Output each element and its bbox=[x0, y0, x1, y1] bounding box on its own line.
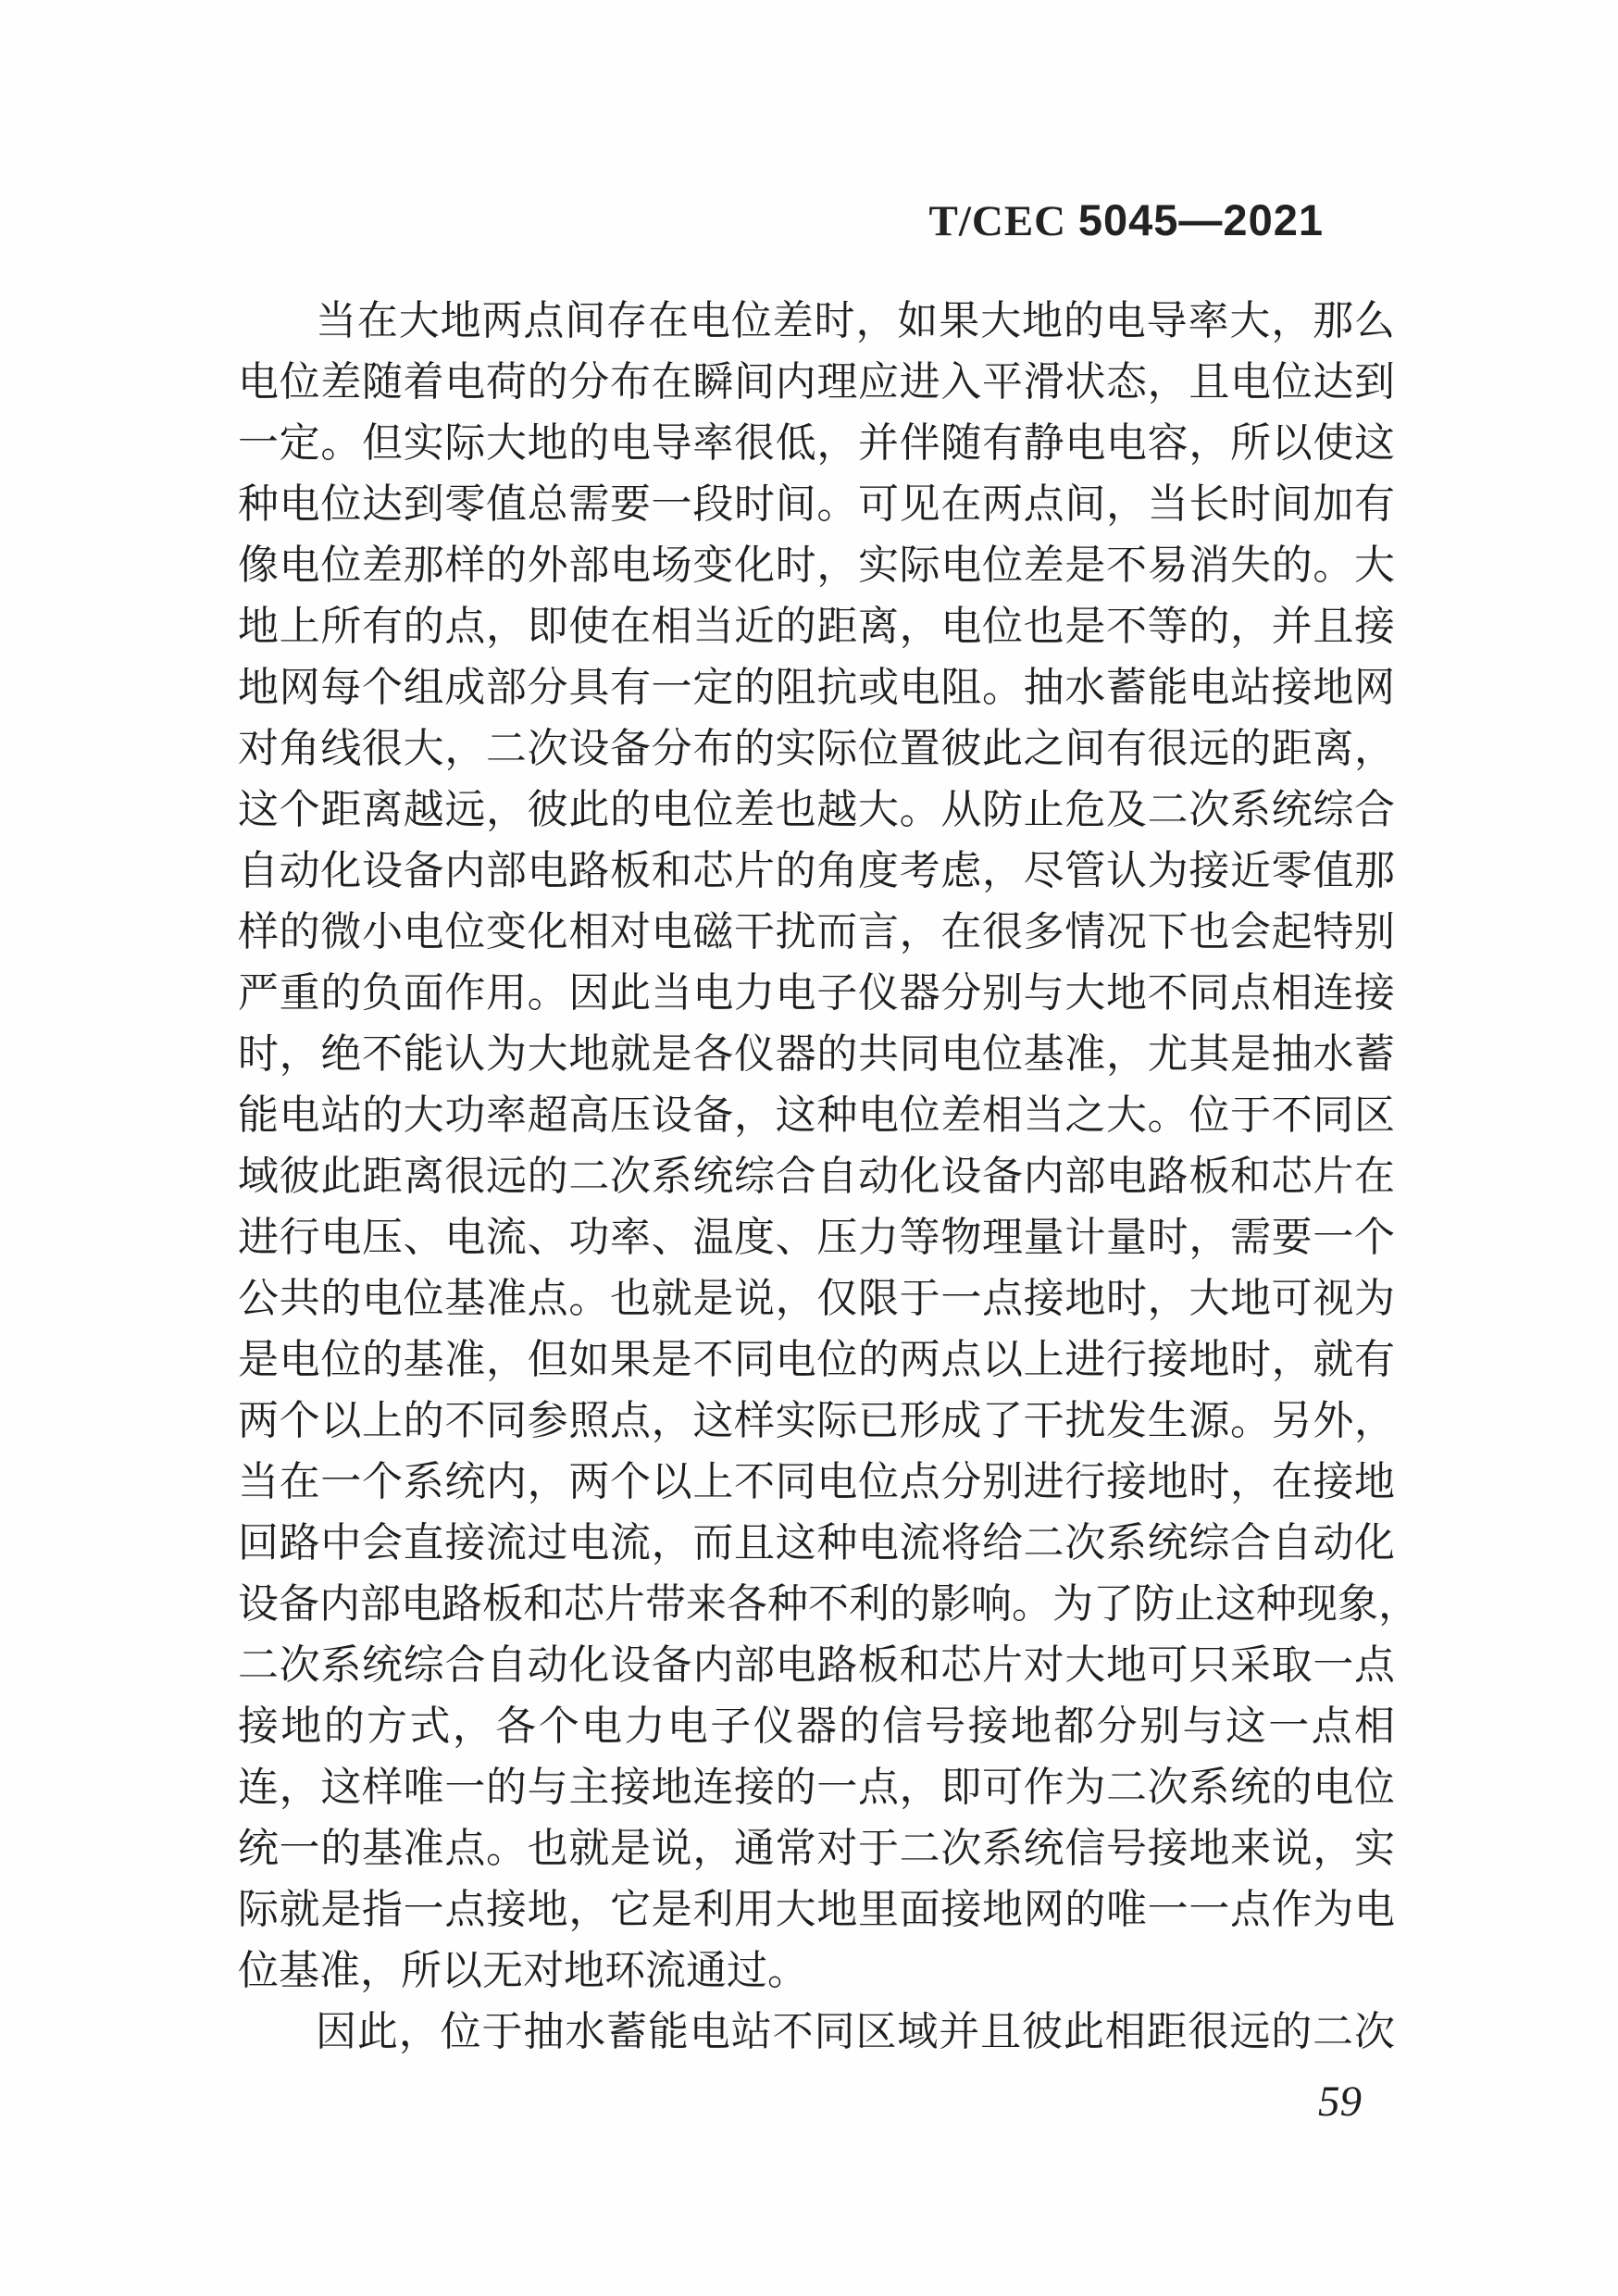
text-line: 统一的基准点。也就是说，通常对于二次系统信号接地来说，实 bbox=[238, 1818, 1395, 1879]
text-line: 严重的负面作用。因此当电力电子仪器分别与大地不同点相连接 bbox=[238, 963, 1395, 1024]
text-line: 像电位差那样的外部电场变化时，实际电位差是不易消失的。大 bbox=[238, 535, 1395, 596]
text-line: 两个以上的不同参照点，这样实际已形成了干扰发生源。另外， bbox=[238, 1391, 1395, 1452]
text-line: 是电位的基准，但如果是不同电位的两点以上进行接地时，就有 bbox=[238, 1329, 1395, 1391]
text-line: 时，绝不能认为大地就是各仪器的共同电位基准，尤其是抽水蓄 bbox=[238, 1024, 1395, 1085]
body-text: 当在大地两点间存在电位差时，如果大地的电导率大，那么电位差随着电荷的分布在瞬间内… bbox=[238, 291, 1395, 2063]
text-line: 际就是指一点接地，它是利用大地里面接地网的唯一一点作为电 bbox=[238, 1879, 1395, 1940]
text-line: 对角线很大，二次设备分布的实际位置彼此之间有很远的距离， bbox=[238, 718, 1395, 780]
text-line: 这个距离越远，彼此的电位差也越大。从防止危及二次系统综合 bbox=[238, 780, 1395, 841]
text-line: 位基准，所以无对地环流通过。 bbox=[238, 1940, 1395, 2002]
text-line: 能电站的大功率超高压设备，这种电位差相当之大。位于不同区 bbox=[238, 1085, 1395, 1146]
text-line: 电位差随着电荷的分布在瞬间内理应进入平滑状态，且电位达到 bbox=[238, 352, 1395, 413]
text-line: 公共的电位基准点。也就是说，仅限于一点接地时，大地可视为 bbox=[238, 1268, 1395, 1329]
text-line: 设备内部电路板和芯片带来各种不利的影响。为了防止这种现象， bbox=[238, 1574, 1395, 1635]
text-line: 进行电压、电流、功率、温度、压力等物理量计量时，需要一个 bbox=[238, 1207, 1395, 1268]
document-page: T/CEC 5045—2021 当在大地两点间存在电位差时，如果大地的电导率大，… bbox=[0, 0, 1618, 2296]
standard-code-header: T/CEC 5045—2021 bbox=[0, 194, 1324, 246]
text-line: 一定。但实际大地的电导率很低，并伴随有静电电容，所以使这 bbox=[238, 413, 1395, 474]
text-line: 种电位达到零值总需要一段时间。可见在两点间，当长时间加有 bbox=[238, 474, 1395, 535]
text-line: 连，这样唯一的与主接地连接的一点，即可作为二次系统的电位 bbox=[238, 1757, 1395, 1818]
text-line: 域彼此距离很远的二次系统综合自动化设备内部电路板和芯片在 bbox=[238, 1146, 1395, 1207]
text-line: 接地的方式，各个电力电子仪器的信号接地都分别与这一点相 bbox=[238, 1696, 1395, 1757]
text-line: 因此，位于抽水蓄能电站不同区域并且彼此相距很远的二次 bbox=[238, 2002, 1395, 2063]
text-line: 样的微小电位变化相对电磁干扰而言，在很多情况下也会起特别 bbox=[238, 902, 1395, 963]
text-line: 地上所有的点，即使在相当近的距离，电位也是不等的，并且接 bbox=[238, 596, 1395, 657]
page-number: 59 bbox=[1318, 2077, 1362, 2127]
standard-code-prefix: T/CEC bbox=[928, 197, 1066, 245]
text-line: 当在大地两点间存在电位差时，如果大地的电导率大，那么 bbox=[238, 291, 1395, 352]
text-line: 二次系统综合自动化设备内部电路板和芯片对大地可只采取一点 bbox=[238, 1635, 1395, 1696]
text-line: 当在一个系统内，两个以上不同电位点分别进行接地时，在接地 bbox=[238, 1452, 1395, 1513]
text-line: 回路中会直接流过电流，而且这种电流将给二次系统综合自动化 bbox=[238, 1513, 1395, 1574]
text-line: 地网每个组成部分具有一定的阻抗或电阻。抽水蓄能电站接地网 bbox=[238, 657, 1395, 718]
standard-code-number: 5045—2021 bbox=[1078, 195, 1324, 244]
text-line: 自动化设备内部电路板和芯片的角度考虑，尽管认为接近零值那 bbox=[238, 841, 1395, 902]
